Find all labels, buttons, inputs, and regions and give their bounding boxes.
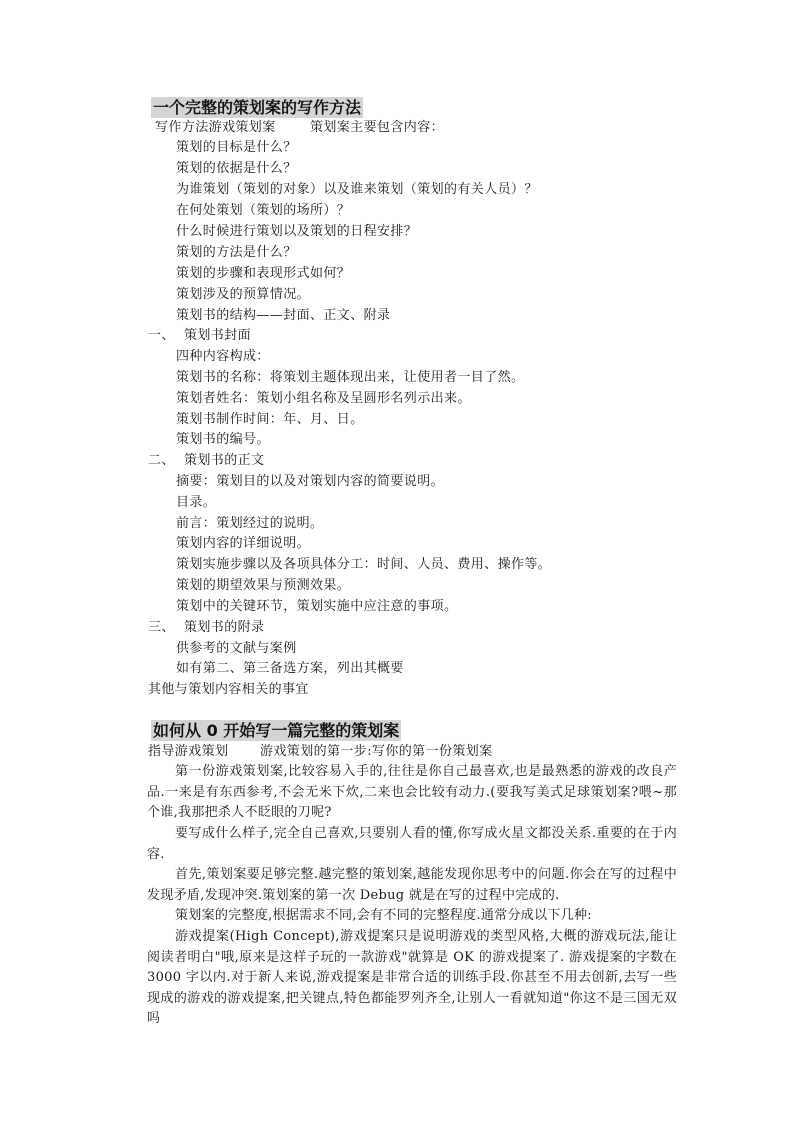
question-item: 什么时候进行策划以及策划的日程安排？ — [176, 224, 417, 240]
part-item: 策划书的名称：将策划主题体现出来，让使用者一目了然。 — [176, 370, 524, 386]
body-paragraph: 要写成什么样子,完全自己喜欢,只要别人看的懂,你写成火星文都没关系.重要的在于内… — [147, 824, 677, 865]
part-item: 如有第二、第三备选方案，列出其概要 — [176, 661, 404, 677]
part-number: 三、 — [148, 620, 175, 636]
part-title: 策划书封面 — [184, 328, 251, 344]
section1-subtitle-left: 写作方法游戏策划案 — [155, 120, 276, 136]
part-title: 策划书的附录 — [184, 620, 264, 636]
part-item: 策划实施步骤以及各项具体分工：时间、人员、费用、操作等。 — [176, 557, 551, 573]
section1-title: 一个完整的策划案的写作方法 — [151, 97, 363, 118]
part-number: 一、 — [148, 328, 175, 344]
question-item: 策划涉及的预算情况。 — [176, 287, 310, 303]
part-item: 前言：策划经过的说明。 — [176, 516, 323, 532]
section2-subtitle-left: 指导游戏策划 — [148, 744, 228, 760]
section1-subtitle-right: 策划案主要包含内容： — [310, 120, 444, 136]
part-title: 策划书的正文 — [184, 453, 264, 469]
question-item: 在何处策划（策划的场所）？ — [176, 203, 350, 219]
section2-subtitle-right: 游戏策划的第一步:写你的第一份策划案 — [260, 744, 493, 760]
body-paragraph: 策划案的完整度,根据需求不同,会有不同的完整程度.通常分成以下几种: — [147, 906, 677, 927]
body-paragraph: 第一份游戏策划案,比较容易入手的,往往是你自己最喜欢,也是最熟悉的游戏的改良产品… — [147, 762, 677, 824]
part-item: 策划内容的详细说明。 — [176, 536, 310, 552]
body-paragraph: 首先,策划案要足够完整.越完整的策划案,越能发现你思考中的问题.你会在写的过程中… — [147, 865, 677, 906]
question-item: 策划的目标是什么？ — [176, 140, 297, 156]
part-number: 二、 — [148, 453, 175, 469]
body-paragraph: 游戏提案(High Concept),游戏提案只是说明游戏的类型风格,大概的游戏… — [147, 927, 677, 1030]
part-item: 策划书的编号。 — [176, 432, 270, 448]
question-item: 策划的依据是什么？ — [176, 161, 297, 177]
part-item: 策划的期望效果与预测效果。 — [176, 578, 350, 594]
question-item: 为谁策划（策划的对象）以及谁来策划（策划的有关人员）？ — [176, 182, 538, 198]
part-item: 策划者姓名：策划小组名称及呈圆形名列示出来。 — [176, 391, 471, 407]
question-item: 策划书的结构——封面、正文、附录 — [176, 308, 390, 324]
section1-closing: 其他与策划内容相关的事宜 — [148, 682, 309, 698]
document-page: 一个完整的策划案的写作方法 写作方法游戏策划案 策划案主要包含内容： 策划的目标… — [0, 0, 794, 1123]
section2-title: 如何从 0 开始写一篇完整的策划案 — [151, 720, 401, 741]
part-item: 目录。 — [176, 495, 216, 511]
part-item: 摘要：策划目的以及对策划内容的简要说明。 — [176, 474, 444, 490]
part-item: 供参考的文献与案例 — [176, 641, 297, 657]
part-item: 策划书制作时间：年、月、日。 — [176, 412, 364, 428]
question-item: 策划的步骤和表现形式如何？ — [176, 266, 350, 282]
part-item: 策划中的关键环节，策划实施中应注意的事项。 — [176, 599, 457, 615]
part-item: 四种内容构成： — [176, 349, 270, 365]
question-item: 策划的方法是什么？ — [176, 245, 297, 261]
